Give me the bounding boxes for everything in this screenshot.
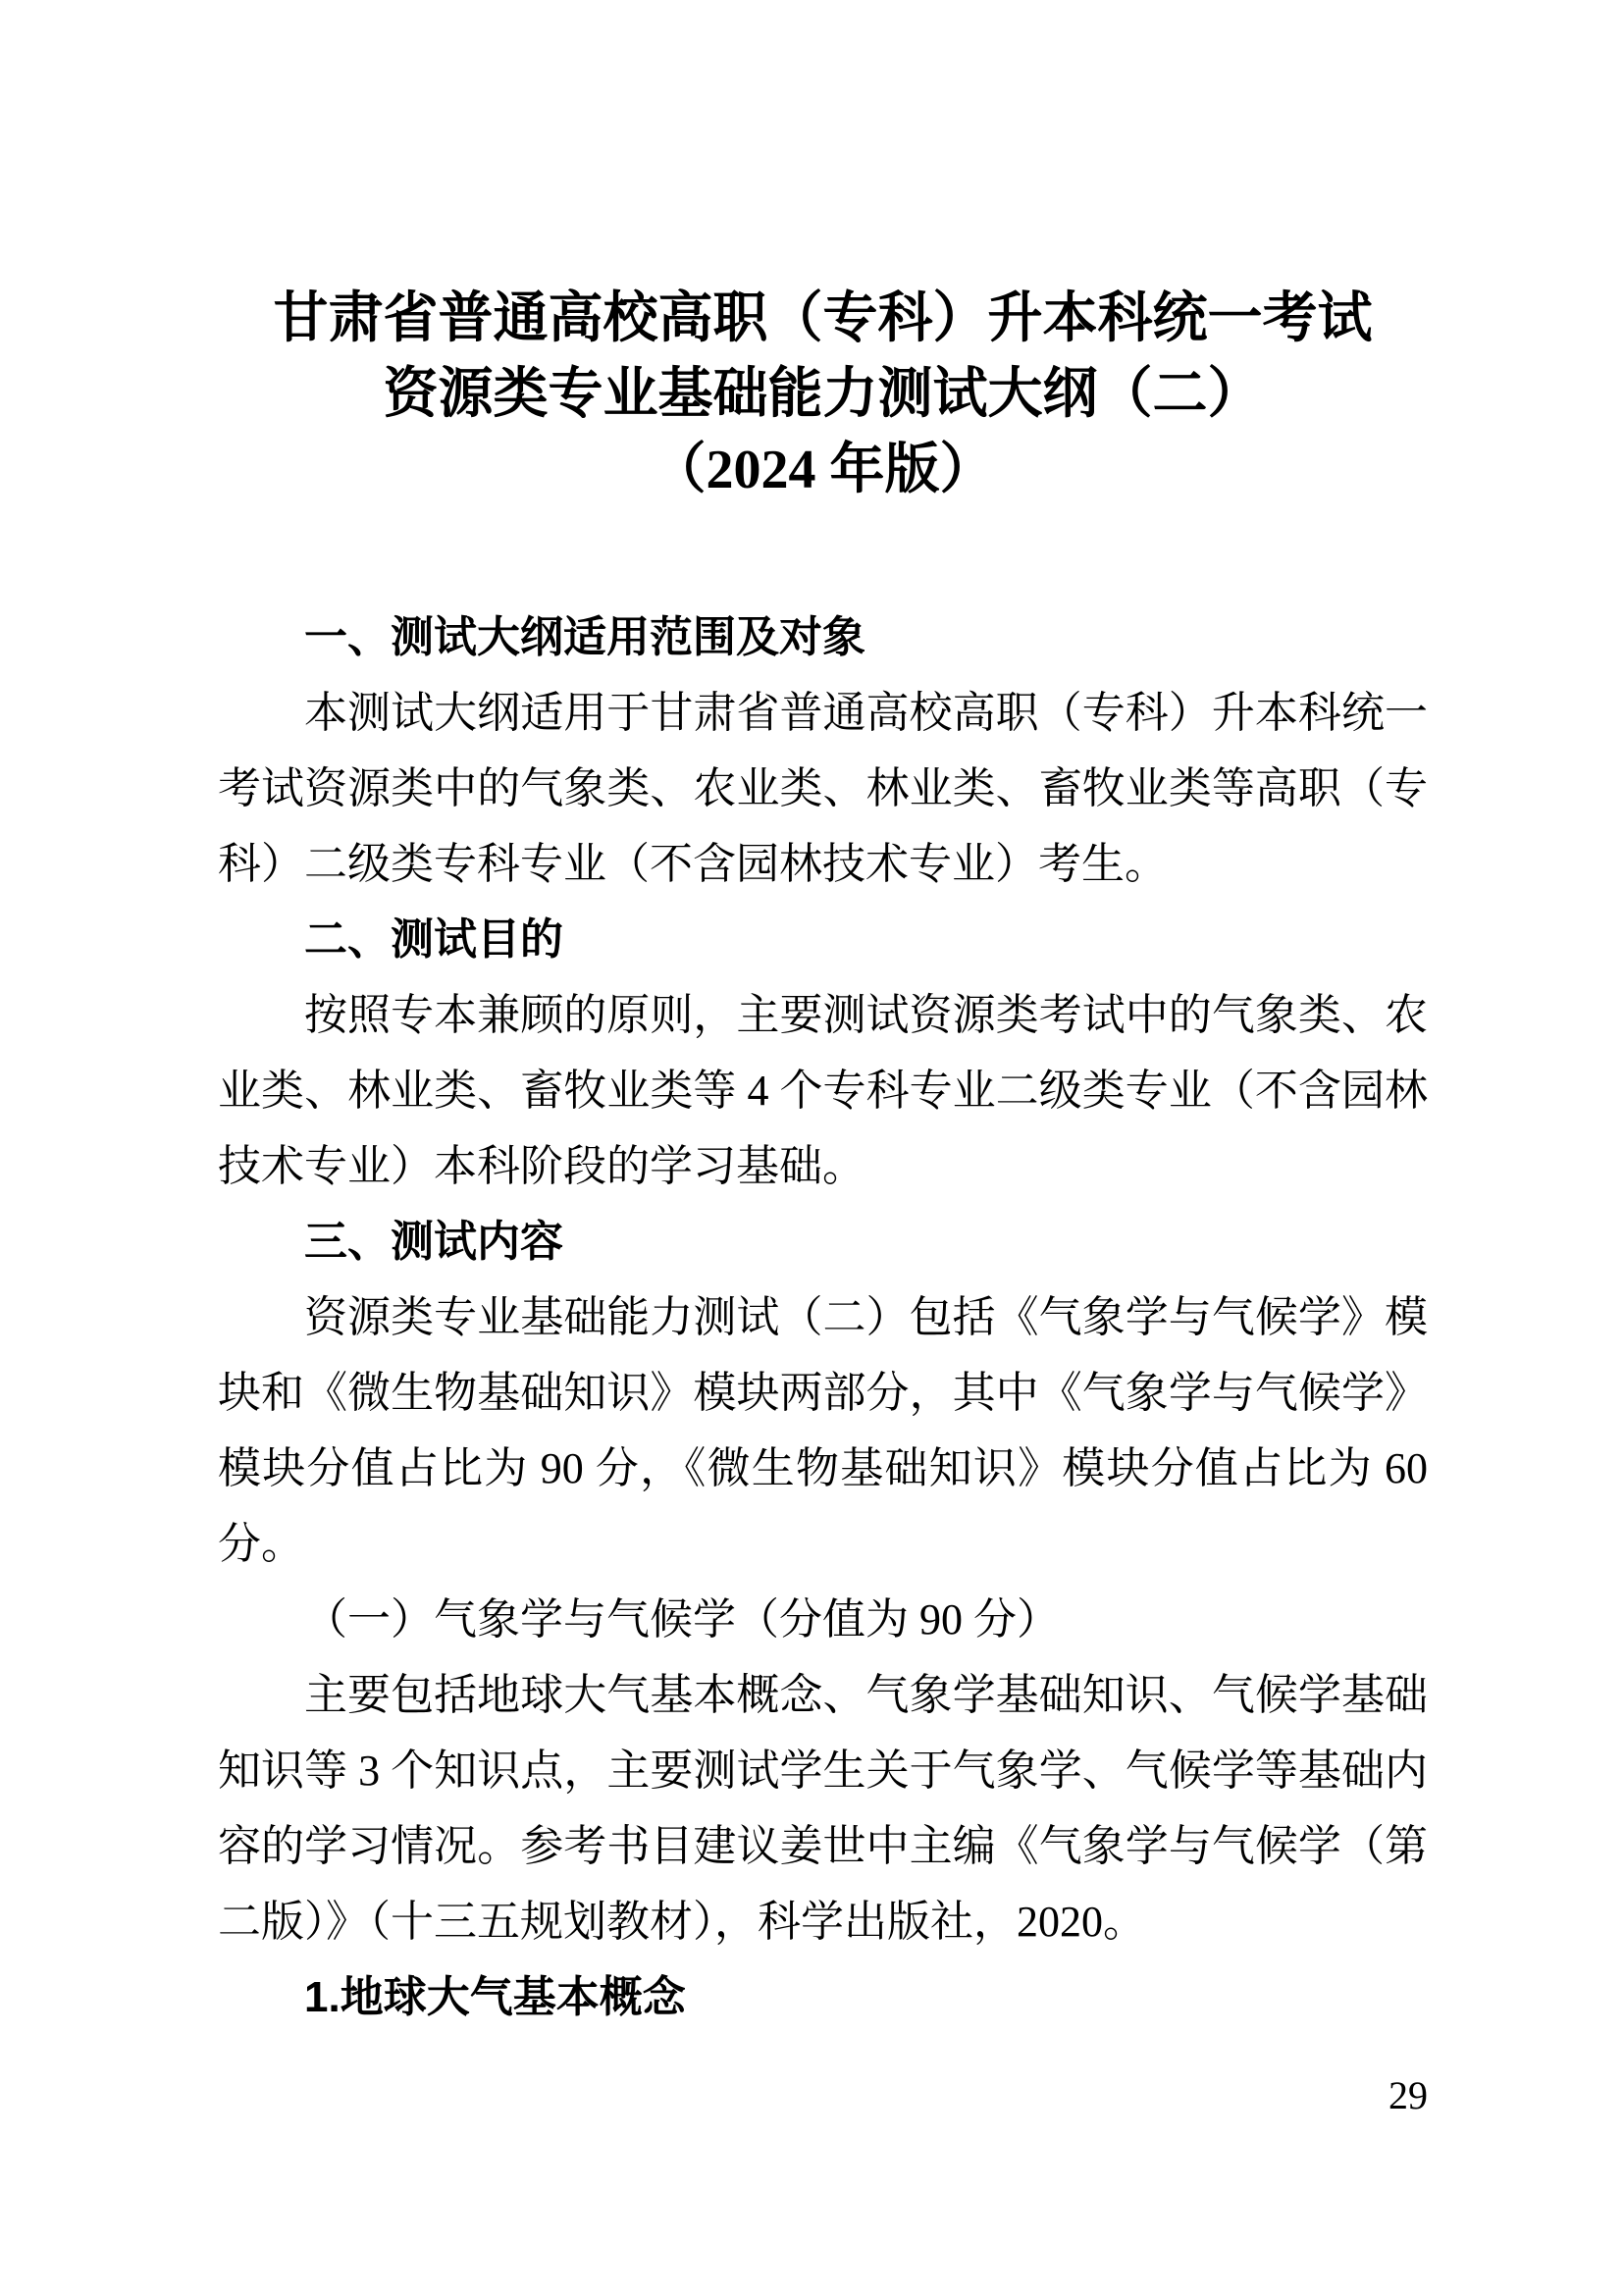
title-line-1: 甘肃省普通高校高职（专科）升本科统一考试 xyxy=(218,282,1428,357)
document-title: 甘肃省普通高校高职（专科）升本科统一考试 资源类专业基础能力测试大纲（二） （2… xyxy=(218,282,1428,508)
page-number: 29 xyxy=(1388,2068,1428,2123)
document-line: 知识等 3 个知识点，主要测试学生关于气象学、气候学等基础内 xyxy=(218,1733,1428,1808)
title-line-3: （2024 年版） xyxy=(218,433,1428,508)
document-page: 甘肃省普通高校高职（专科）升本科统一考试 资源类专业基础能力测试大纲（二） （2… xyxy=(0,0,1624,2295)
document-line: 技术专业）本科阶段的学习基础。 xyxy=(218,1128,1428,1204)
document-line: 二版）》（十三五规划教材），科学出版社，2020。 xyxy=(218,1884,1428,1959)
document-line: 资源类专业基础能力测试（二）包括《气象学与气候学》模 xyxy=(218,1279,1428,1355)
document-body: 一、测试大纲适用范围及对象本测试大纲适用于甘肃省普通高校高职（专科）升本科统一考… xyxy=(218,600,1428,2035)
document-line: 主要包括地球大气基本概念、气象学基础知识、气候学基础 xyxy=(218,1657,1428,1733)
document-line: （一）气象学与气候学（分值为 90 分） xyxy=(218,1582,1428,1657)
document-line: 本测试大纲适用于甘肃省普通高校高职（专科）升本科统一 xyxy=(218,675,1428,751)
document-line: 分。 xyxy=(218,1506,1428,1582)
title-line-2: 资源类专业基础能力测试大纲（二） xyxy=(218,357,1428,433)
document-line: 块和《微生物基础知识》模块两部分，其中《气象学与气候学》 xyxy=(218,1355,1428,1431)
document-line: 按照专本兼顾的原则，主要测试资源类考试中的气象类、农 xyxy=(218,977,1428,1053)
document-line: 考试资源类中的气象类、农业类、林业类、畜牧业类等高职（专 xyxy=(218,751,1428,826)
document-line: 业类、林业类、畜牧业类等 4 个专科专业二级类专业（不含园林 xyxy=(218,1053,1428,1128)
document-line: 二、测试目的 xyxy=(218,902,1428,977)
document-line: 模块分值占比为 90 分，《微生物基础知识》模块分值占比为 60 xyxy=(218,1431,1428,1506)
document-line: 一、测试大纲适用范围及对象 xyxy=(218,600,1428,675)
document-line: 容的学习情况。参考书目建议姜世中主编《气象学与气候学（第 xyxy=(218,1808,1428,1884)
document-line: 1.地球大气基本概念 xyxy=(218,1959,1428,2035)
document-line: 三、测试内容 xyxy=(218,1204,1428,1279)
document-line: 科）二级类专科专业（不含园林技术专业）考生。 xyxy=(218,826,1428,902)
